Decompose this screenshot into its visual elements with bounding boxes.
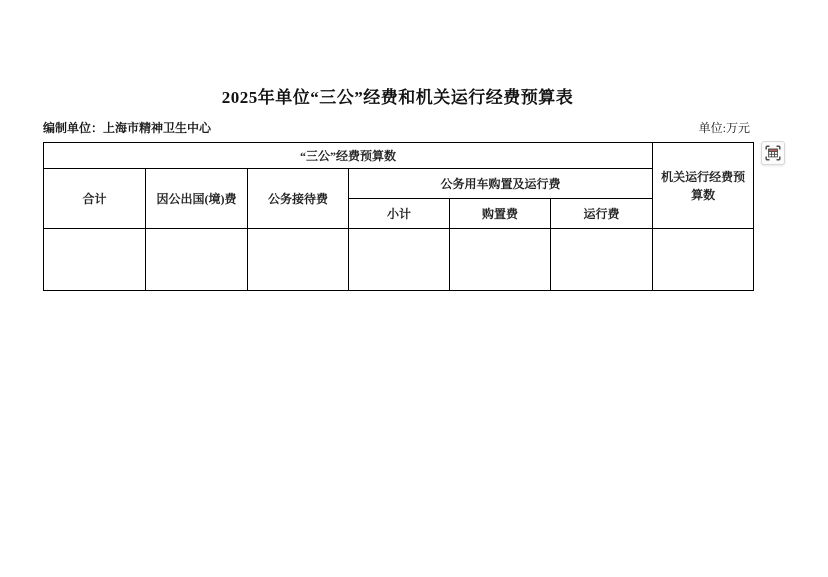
- data-cell-agency-operation: [653, 229, 754, 291]
- table-capture-icon: [765, 145, 781, 161]
- header-vehicle-subtotal: 小计: [349, 199, 450, 229]
- data-cell-vehicle-purchase: [450, 229, 551, 291]
- header-three-public-group: “三公”经费预算数: [44, 143, 653, 169]
- header-reception: 公务接待费: [248, 169, 349, 229]
- unit-note-label: 单位:万元: [699, 119, 750, 136]
- page-title: 2025年单位“三公”经费和机关运行经费预算表: [43, 83, 752, 108]
- header-total: 合计: [44, 169, 146, 229]
- data-cell-vehicle-subtotal: [349, 229, 450, 291]
- data-cell-abroad: [146, 229, 248, 291]
- header-abroad: 因公出国(境)费: [146, 169, 248, 229]
- header-vehicle-group: 公务用车购置及运行费: [349, 169, 653, 199]
- data-cell-total: [44, 229, 146, 291]
- document-page: 2025年单位“三公”经费和机关运行经费预算表 编制单位：上海市精神卫生中心 单…: [0, 0, 828, 577]
- prepared-by-label: 编制单位：上海市精神卫生中心: [43, 119, 211, 136]
- table-meta-row: 编制单位：上海市精神卫生中心 单位:万元: [43, 119, 750, 136]
- budget-table: “三公”经费预算数 机关运行经费预算数 合计 因公出国(境)费 公务接待费 公务…: [43, 142, 754, 291]
- header-row-2: 合计 因公出国(境)费 公务接待费 公务用车购置及运行费: [44, 169, 754, 199]
- header-row-1: “三公”经费预算数 机关运行经费预算数: [44, 143, 754, 169]
- data-cell-reception: [248, 229, 349, 291]
- table-capture-button[interactable]: [761, 141, 785, 165]
- header-agency-operation: 机关运行经费预算数: [653, 143, 754, 229]
- data-cell-vehicle-operation: [551, 229, 653, 291]
- header-vehicle-operation: 运行费: [551, 199, 653, 229]
- data-row: [44, 229, 754, 291]
- header-vehicle-purchase: 购置费: [450, 199, 551, 229]
